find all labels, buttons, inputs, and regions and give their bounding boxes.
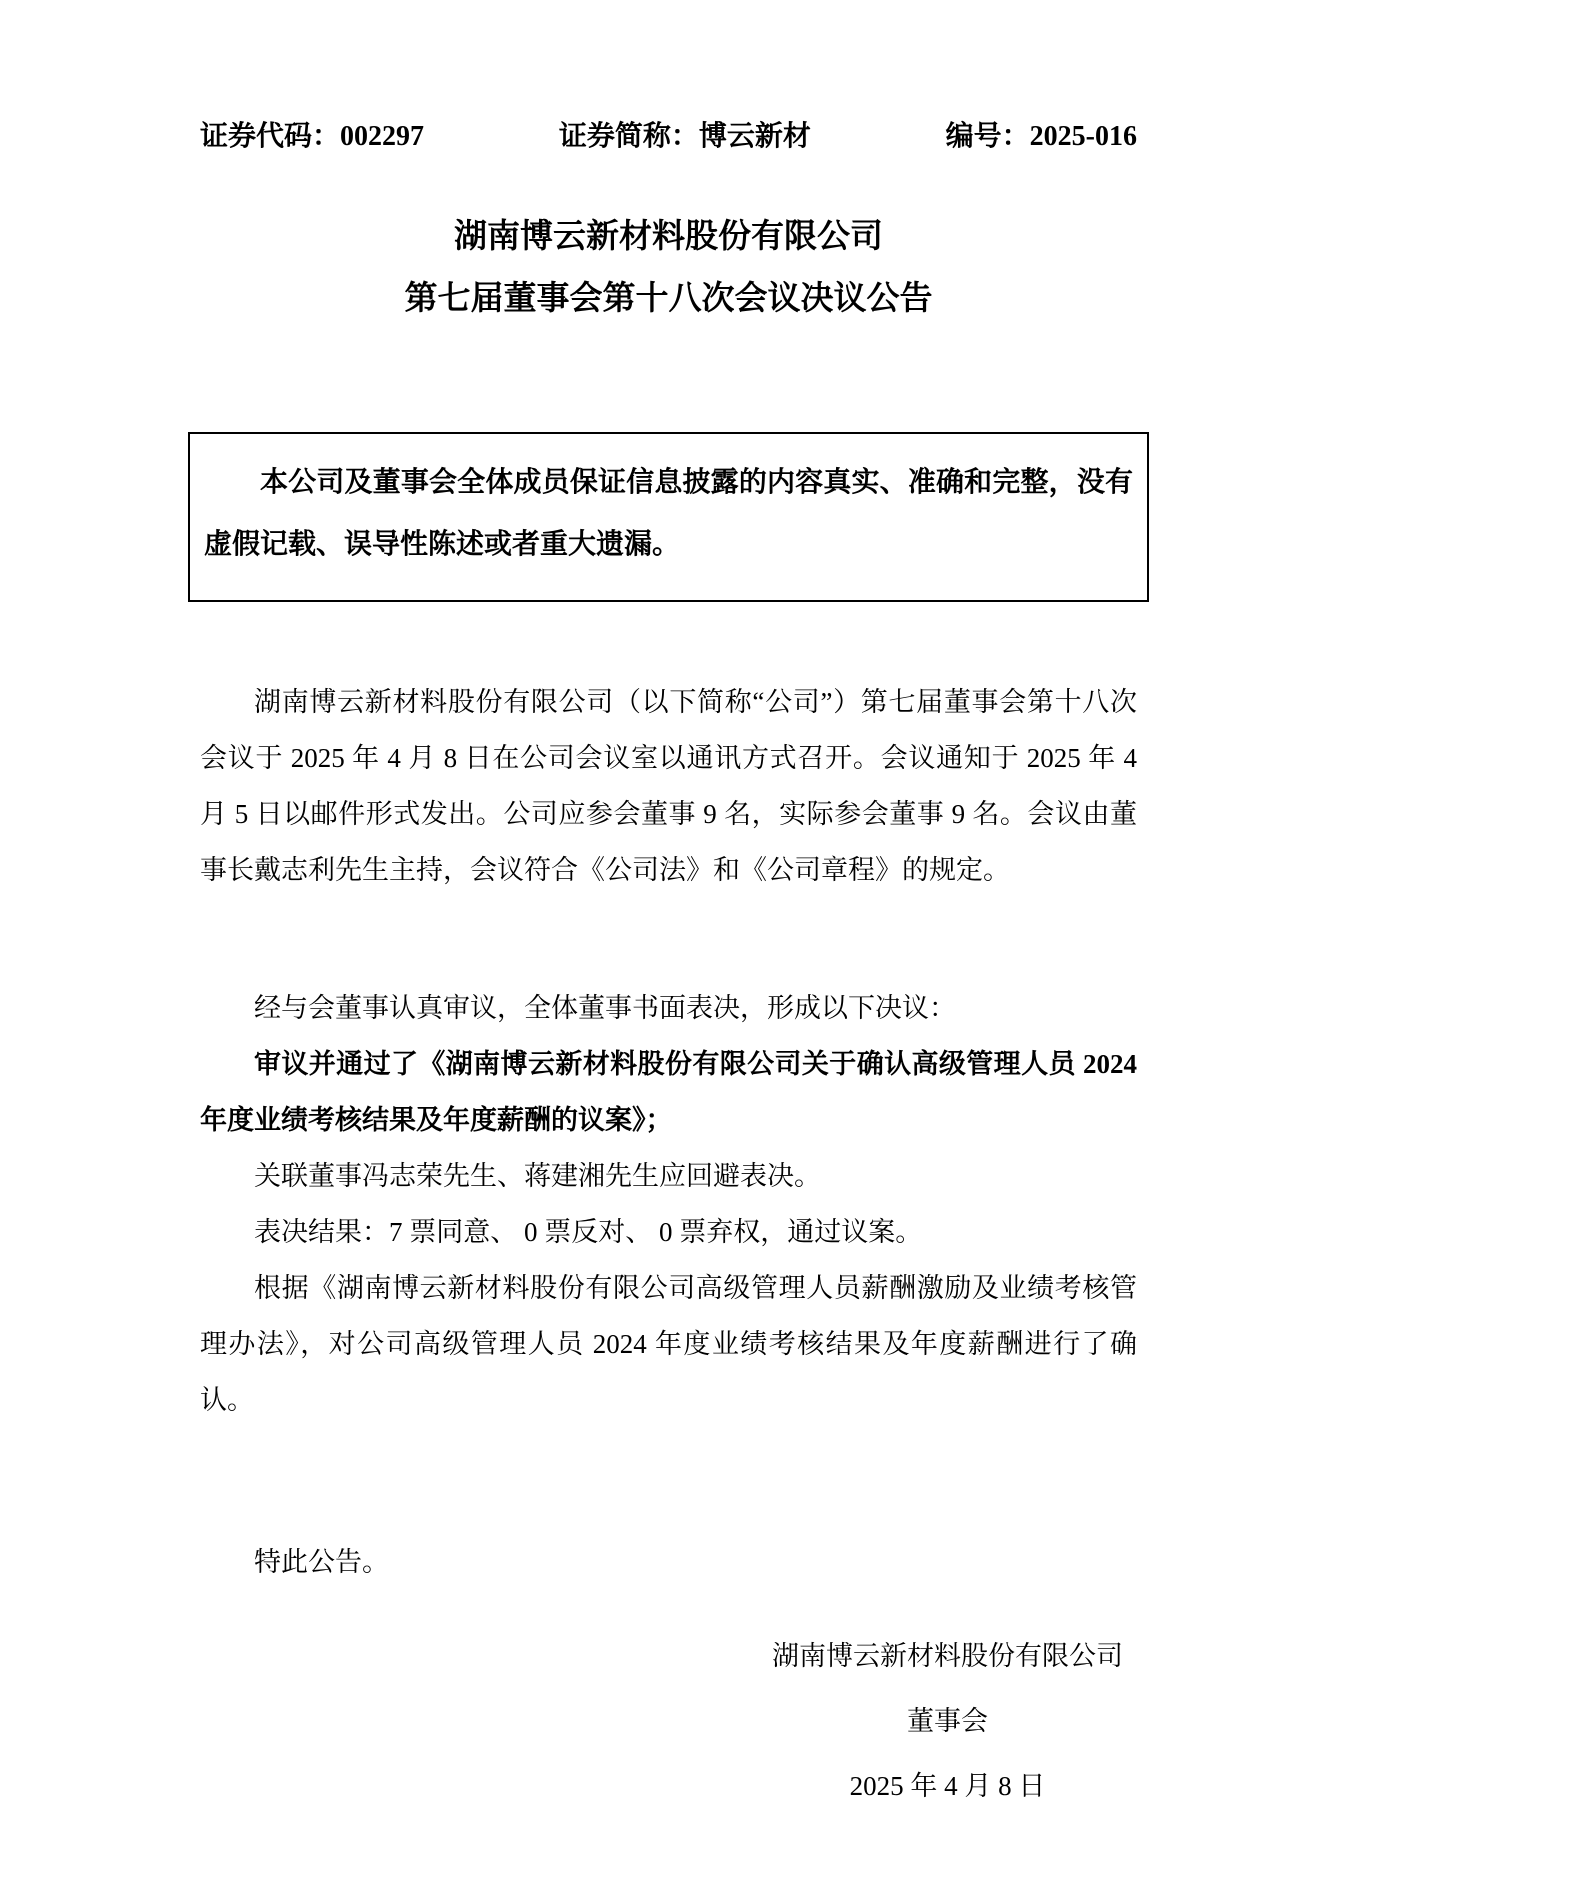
body-paragraph-meeting-info: 湖南博云新材料股份有限公司（以下简称“公司”）第七届董事会第十八次会议于 202… [200,674,1137,898]
closing-statement: 特此公告。 [200,1534,1137,1590]
stock-code-label: 证券代码：002297 [200,116,424,158]
signature-date: 2025 年 4 月 8 日 [772,1754,1123,1819]
page-title-line2: 第七届董事会第十八次会议决议公告 [200,268,1137,330]
body-paragraph-resolution-intro: 经与会董事认真审议，全体董事书面表决，形成以下决议： [200,980,1137,1036]
doc-number-label: 编号：2025-016 [946,116,1137,158]
body-paragraph-recusal: 关联董事冯志荣先生、蒋建湘先生应回避表决。 [200,1148,1137,1204]
signature-board: 董事会 [772,1689,1123,1754]
body-paragraph-basis: 根据《湖南博云新材料股份有限公司高级管理人员薪酬激励及业绩考核管理办法》，对公司… [200,1260,1137,1428]
page-title-line1: 湖南博云新材料股份有限公司 [200,206,1137,268]
document-header: 证券代码：002297 证券简称：博云新材 编号：2025-016 [200,116,1137,158]
disclaimer-text: 本公司及董事会全体成员保证信息披露的内容真实、准确和完整，没有虚假记载、误导性陈… [204,467,1133,560]
signature-inner: 湖南博云新材料股份有限公司 董事会 2025 年 4 月 8 日 [772,1624,1123,1819]
body-paragraph-vote-result: 表决结果：7 票同意、 0 票反对、 0 票弃权，通过议案。 [200,1204,1137,1260]
signature-block: 湖南博云新材料股份有限公司 董事会 2025 年 4 月 8 日 [200,1624,1137,1819]
document-content: 证券代码：002297 证券简称：博云新材 编号：2025-016 湖南博云新材… [200,0,1137,1819]
disclaimer-box: 本公司及董事会全体成员保证信息披露的内容真实、准确和完整，没有虚假记载、误导性陈… [188,432,1149,602]
page-title: 湖南博云新材料股份有限公司 第七届董事会第十八次会议决议公告 [200,206,1137,330]
signature-company: 湖南博云新材料股份有限公司 [772,1624,1123,1689]
stock-name-label: 证券简称：博云新材 [559,116,811,158]
body-paragraph-resolution-item: 审议并通过了《湖南博云新材料股份有限公司关于确认高级管理人员 2024 年度业绩… [200,1036,1137,1148]
document-page: 证券代码：002297 证券简称：博云新材 编号：2025-016 湖南博云新材… [0,0,1587,1897]
